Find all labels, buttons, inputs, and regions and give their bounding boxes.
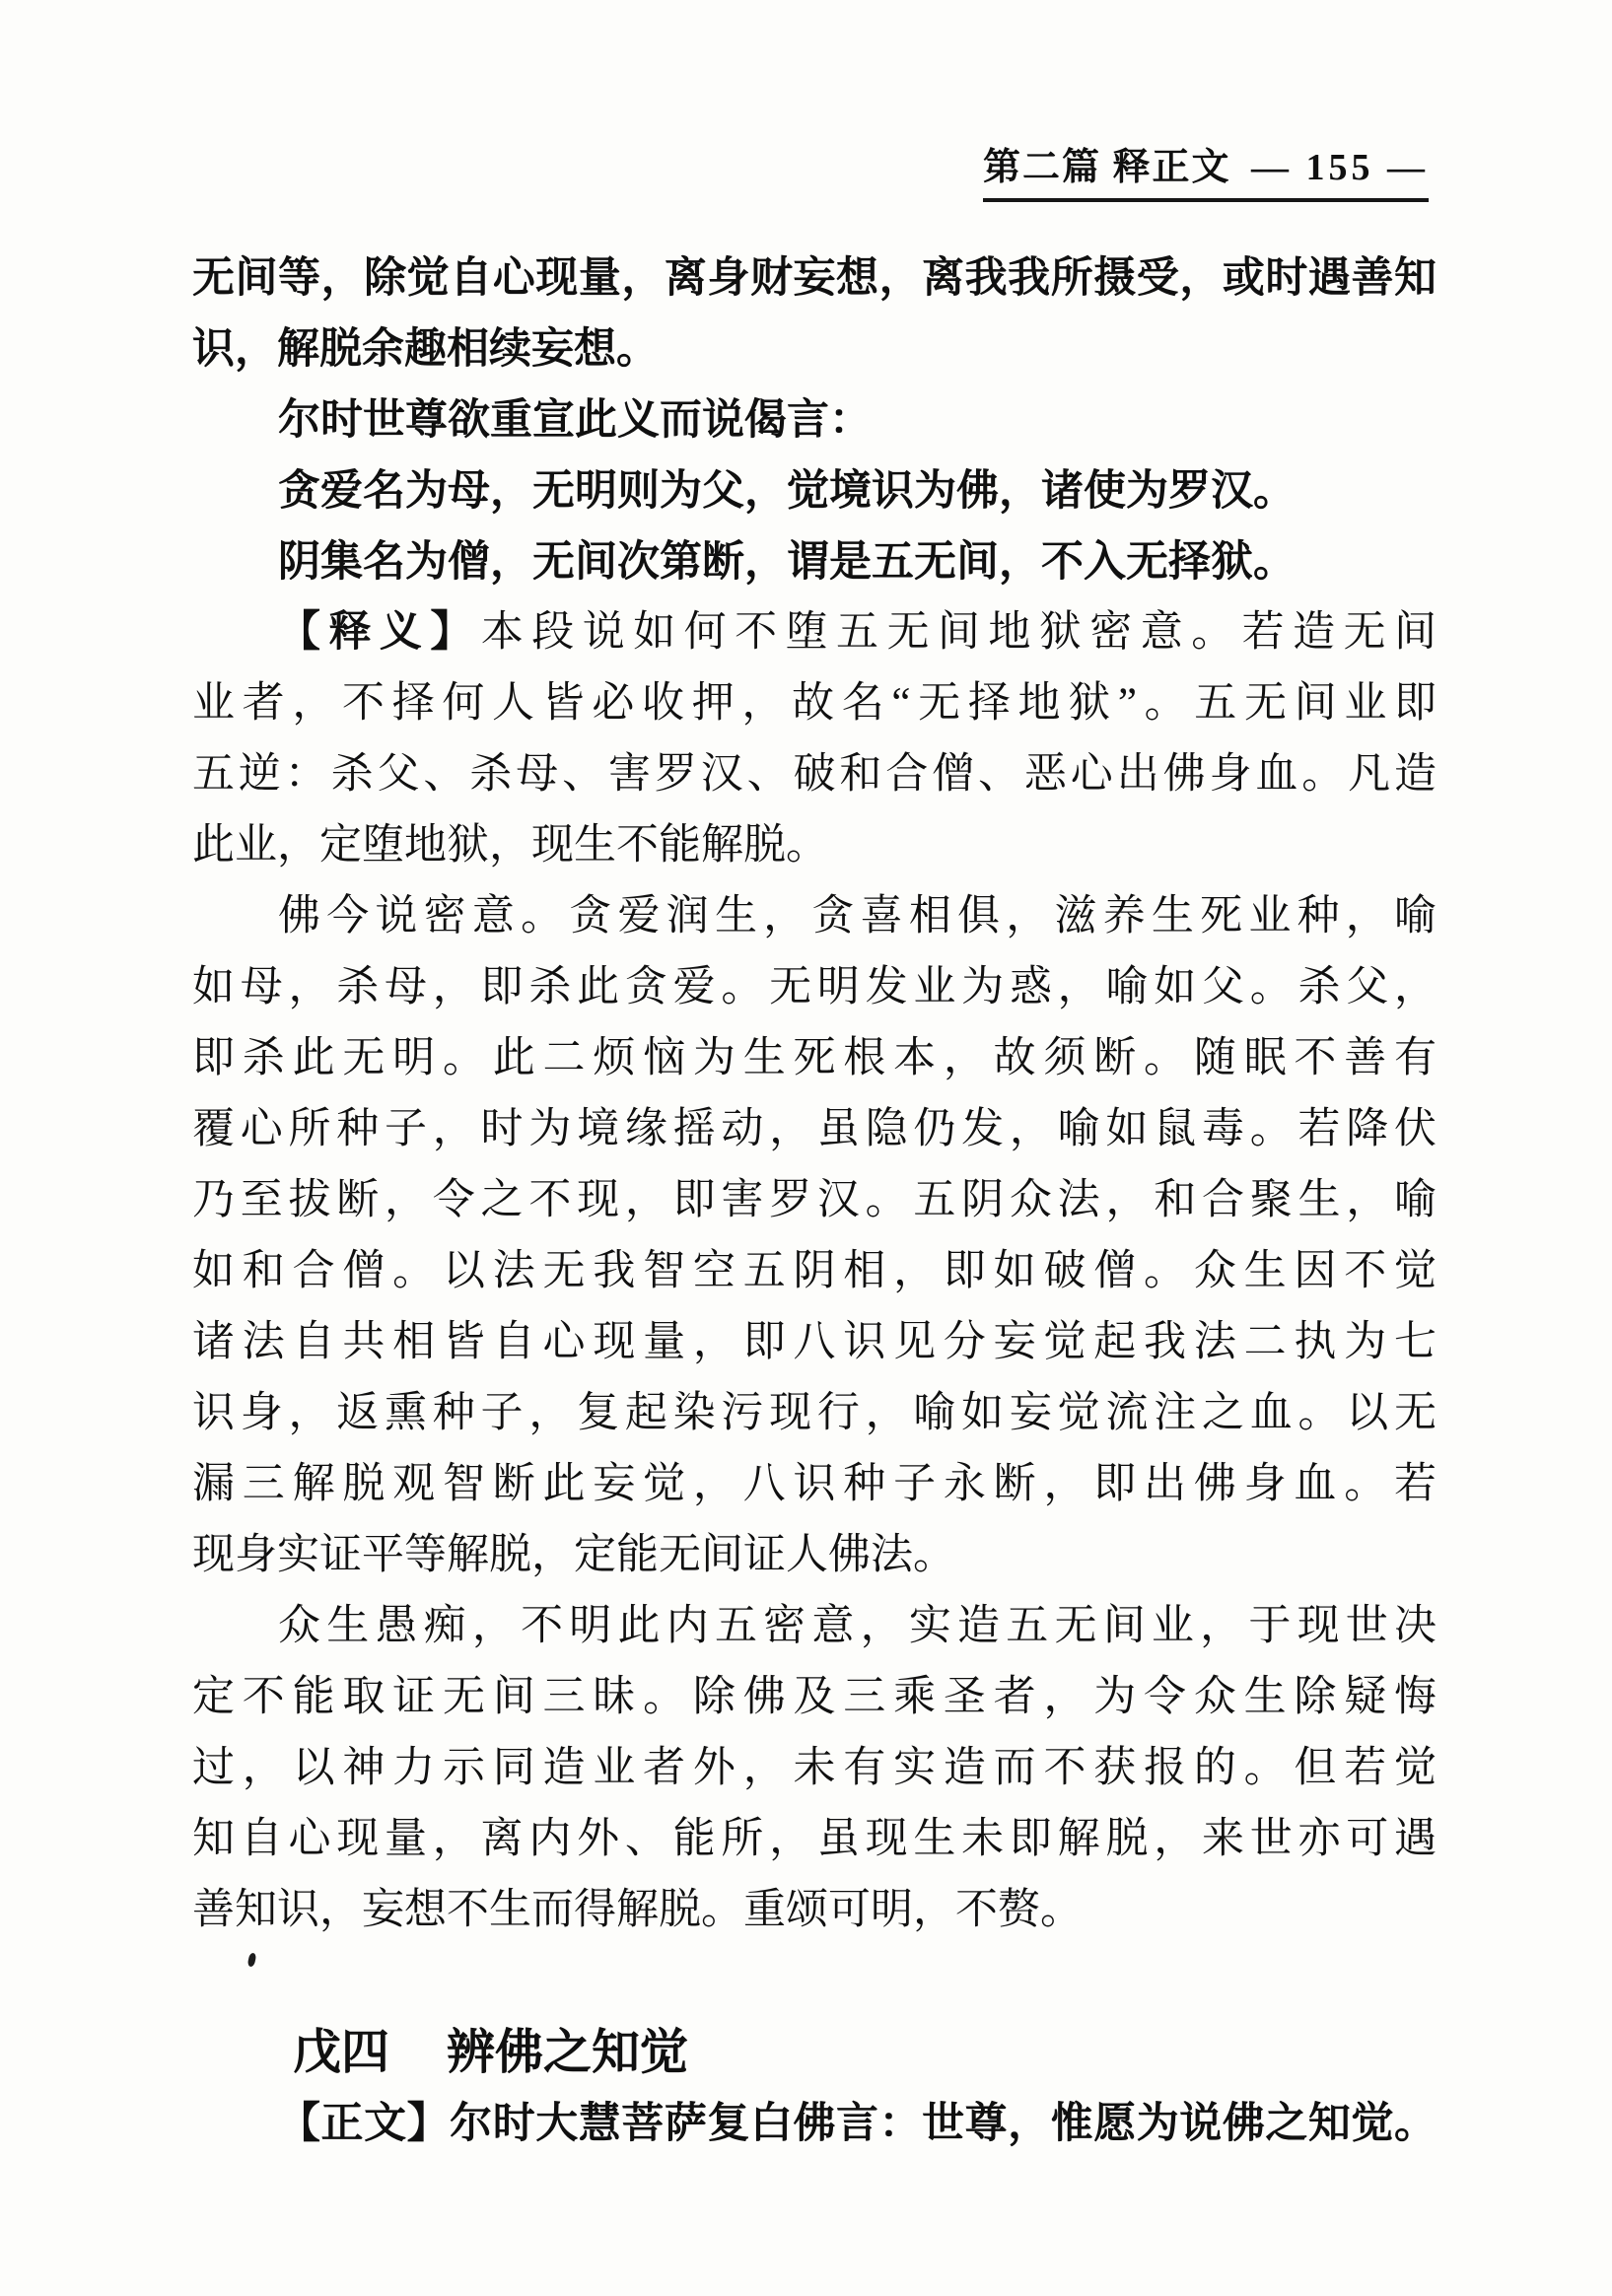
text-line-content: 知自心现量，离内外、能所，虽现生未即解脱，来世亦可遇 [192, 1816, 1437, 1862]
page-body: 无间等，除觉自心现量，离身财妄想，离我我所摄受，或时遇善知识，解脱余趣相续妄想。… [192, 243, 1437, 2159]
text-line-content: 诸法自共相皆自心现量，即八识见分妄觉起我法二执为七 [192, 1319, 1437, 1365]
text-line: 诸法自共相皆自心现量，即八识见分妄觉起我法二执为七 [192, 1307, 1437, 1378]
text-line-content: 覆心所种子，时为境缘摇动，虽隐仍发，喻如鼠毒。若降伏 [192, 1106, 1437, 1152]
text-line: 善知识，妄想不生而得解脱。重颂可明，不赘。 [192, 1875, 1437, 1946]
text-line: 现身实证平等解脱，定能无间证人佛法。 [192, 1520, 1437, 1591]
zhengwen-label: 【正文】 [278, 2100, 450, 2147]
text-line-content: 善知识，妄想不生而得解脱。重颂可明，不赘。 [192, 1887, 1083, 1933]
text-line-content: 现身实证平等解脱，定能无间证人佛法。 [192, 1532, 955, 1578]
text-line: 贪爱名为母，无明则为父，觉境识为佛，诸使为罗汉。 [192, 455, 1437, 526]
text-line: 业者，不择何人皆必收押，故名“无择地狱”。五无间业即 [192, 668, 1437, 739]
text-line-content: 无间等，除觉自心现量，离身财妄想，离我我所摄受，或时遇善知 [192, 254, 1437, 302]
text-line-content: 业者，不择何人皆必收押，故名“无择地狱”。五无间业即 [192, 680, 1437, 727]
text-line: 众生愚痴，不明此内五密意，实造五无间业，于现世决 [192, 1591, 1437, 1662]
closing-line-text: 尔时大慧菩萨复白佛言：世尊，惟愿为说佛之知觉。 [450, 2100, 1437, 2147]
section-heading-number: 戊四 [293, 2026, 389, 2079]
closing-line: 【正文】尔时大慧菩萨复白佛言：世尊，惟愿为说佛之知觉。 [192, 2088, 1437, 2159]
text-line-content: 如和合僧。以法无我智空五阴相，即如破僧。众生因不觉 [192, 1248, 1437, 1294]
text-line-content: 此业，定堕地狱，现生不能解脱。 [192, 822, 828, 869]
text-line-content: 即杀此无明。此二烦恼为生死根本，故须断。随眠不善有 [192, 1035, 1437, 1081]
text-line: 此业，定堕地狱，现生不能解脱。 [192, 810, 1437, 881]
text-line: 识身，返熏种子，复起染污现行，喻如妄觉流注之血。以无 [192, 1378, 1437, 1449]
section-heading: 戊四辨佛之知觉 [192, 2017, 1437, 2088]
text-line-content: 尔时世尊欲重宣此义而说偈言： [278, 396, 872, 444]
text-line-content: 如母，杀母，即杀此贪爱。无明发业为惑，喻如父。杀父， [192, 964, 1437, 1010]
text-line: 佛今说密意。贪爱润生，贪喜相俱，滋养生死业种，喻 [192, 881, 1437, 952]
text-line: 定不能取证无间三昧。除佛及三乘圣者，为令众生除疑悔 [192, 1662, 1437, 1733]
text-line-content: 过，以神力示同造业者外，未有实造而不获报的。但若觉 [192, 1745, 1437, 1791]
text-line-content: 本段说如何不堕五无间地狱密意。若造无间 [481, 609, 1437, 656]
running-head-page-number: — 155 — [1251, 146, 1429, 189]
text-line-content: 定不能取证无间三昧。除佛及三乘圣者，为令众生除疑悔 [192, 1674, 1437, 1720]
text-line: 过，以神力示同造业者外，未有实造而不获报的。但若觉 [192, 1733, 1437, 1804]
text-line: 乃至拔断，令之不现，即害罗汉。五阴众法，和合聚生，喻 [192, 1165, 1437, 1236]
section-heading-title: 辨佛之知觉 [447, 2026, 688, 2079]
text-line: 如和合僧。以法无我智空五阴相，即如破僧。众生因不觉 [192, 1236, 1437, 1307]
text-line-content: 贪爱名为母，无明则为父，觉境识为佛，诸使为罗汉。 [278, 467, 1296, 515]
text-line: 知自心现量，离内外、能所，虽现生未即解脱，来世亦可遇 [192, 1804, 1437, 1875]
text-line: 无间等，除觉自心现量，离身财妄想，离我我所摄受，或时遇善知 [192, 243, 1437, 313]
text-line: 阴集名为僧，无间次第断，谓是五无间，不入无择狱。 [192, 526, 1437, 597]
text-line-content: 乃至拔断，令之不现，即害罗汉。五阴众法，和合聚生，喻 [192, 1177, 1437, 1223]
text-line-content: 识，解脱余趣相续妄想。 [192, 325, 659, 373]
text-line: 覆心所种子，时为境缘摇动，虽隐仍发，喻如鼠毒。若降伏 [192, 1094, 1437, 1165]
text-line: 漏三解脱观智断此妄觉，八识种子永断，即出佛身血。若 [192, 1449, 1437, 1520]
text-line-content: 佛今说密意。贪爱润生，贪喜相俱，滋养生死业种，喻 [278, 893, 1437, 939]
text-line: 【释义】本段说如何不堕五无间地狱密意。若造无间 [192, 597, 1437, 668]
text-line-content: 众生愚痴，不明此内五密意，实造五无间业，于现世决 [278, 1603, 1437, 1649]
text-line-content: 漏三解脱观智断此妄觉，八识种子永断，即出佛身血。若 [192, 1461, 1437, 1507]
shiyi-label: 【释义】 [278, 609, 481, 656]
running-head-section: 第二篇 释正文 [983, 146, 1231, 189]
text-line-content: 五逆：杀父、杀母、害罗汉、破和合僧、恶心出佛身血。凡造 [192, 751, 1437, 798]
text-line: 识，解脱余趣相续妄想。 [192, 313, 1437, 384]
text-line: 五逆：杀父、杀母、害罗汉、破和合僧、恶心出佛身血。凡造 [192, 739, 1437, 810]
text-block: 无间等，除觉自心现量，离身财妄想，离我我所摄受，或时遇善知识，解脱余趣相续妄想。… [192, 243, 1437, 1946]
text-line: 如母，杀母，即杀此贪爱。无明发业为惑，喻如父。杀父， [192, 952, 1437, 1023]
text-line-content: 识身，返熏种子，复起染污现行，喻如妄觉流注之血。以无 [192, 1390, 1437, 1436]
running-head: 第二篇 释正文 — 155 — [983, 146, 1429, 202]
text-line: 尔时世尊欲重宣此义而说偈言： [192, 384, 1437, 455]
text-line: 即杀此无明。此二烦恼为生死根本，故须断。随眠不善有 [192, 1023, 1437, 1094]
book-page: 第二篇 释正文 — 155 — 无间等，除觉自心现量，离身财妄想，离我我所摄受，… [0, 0, 1612, 2296]
text-line-content: 阴集名为僧，无间次第断，谓是五无间，不入无择狱。 [278, 538, 1296, 586]
